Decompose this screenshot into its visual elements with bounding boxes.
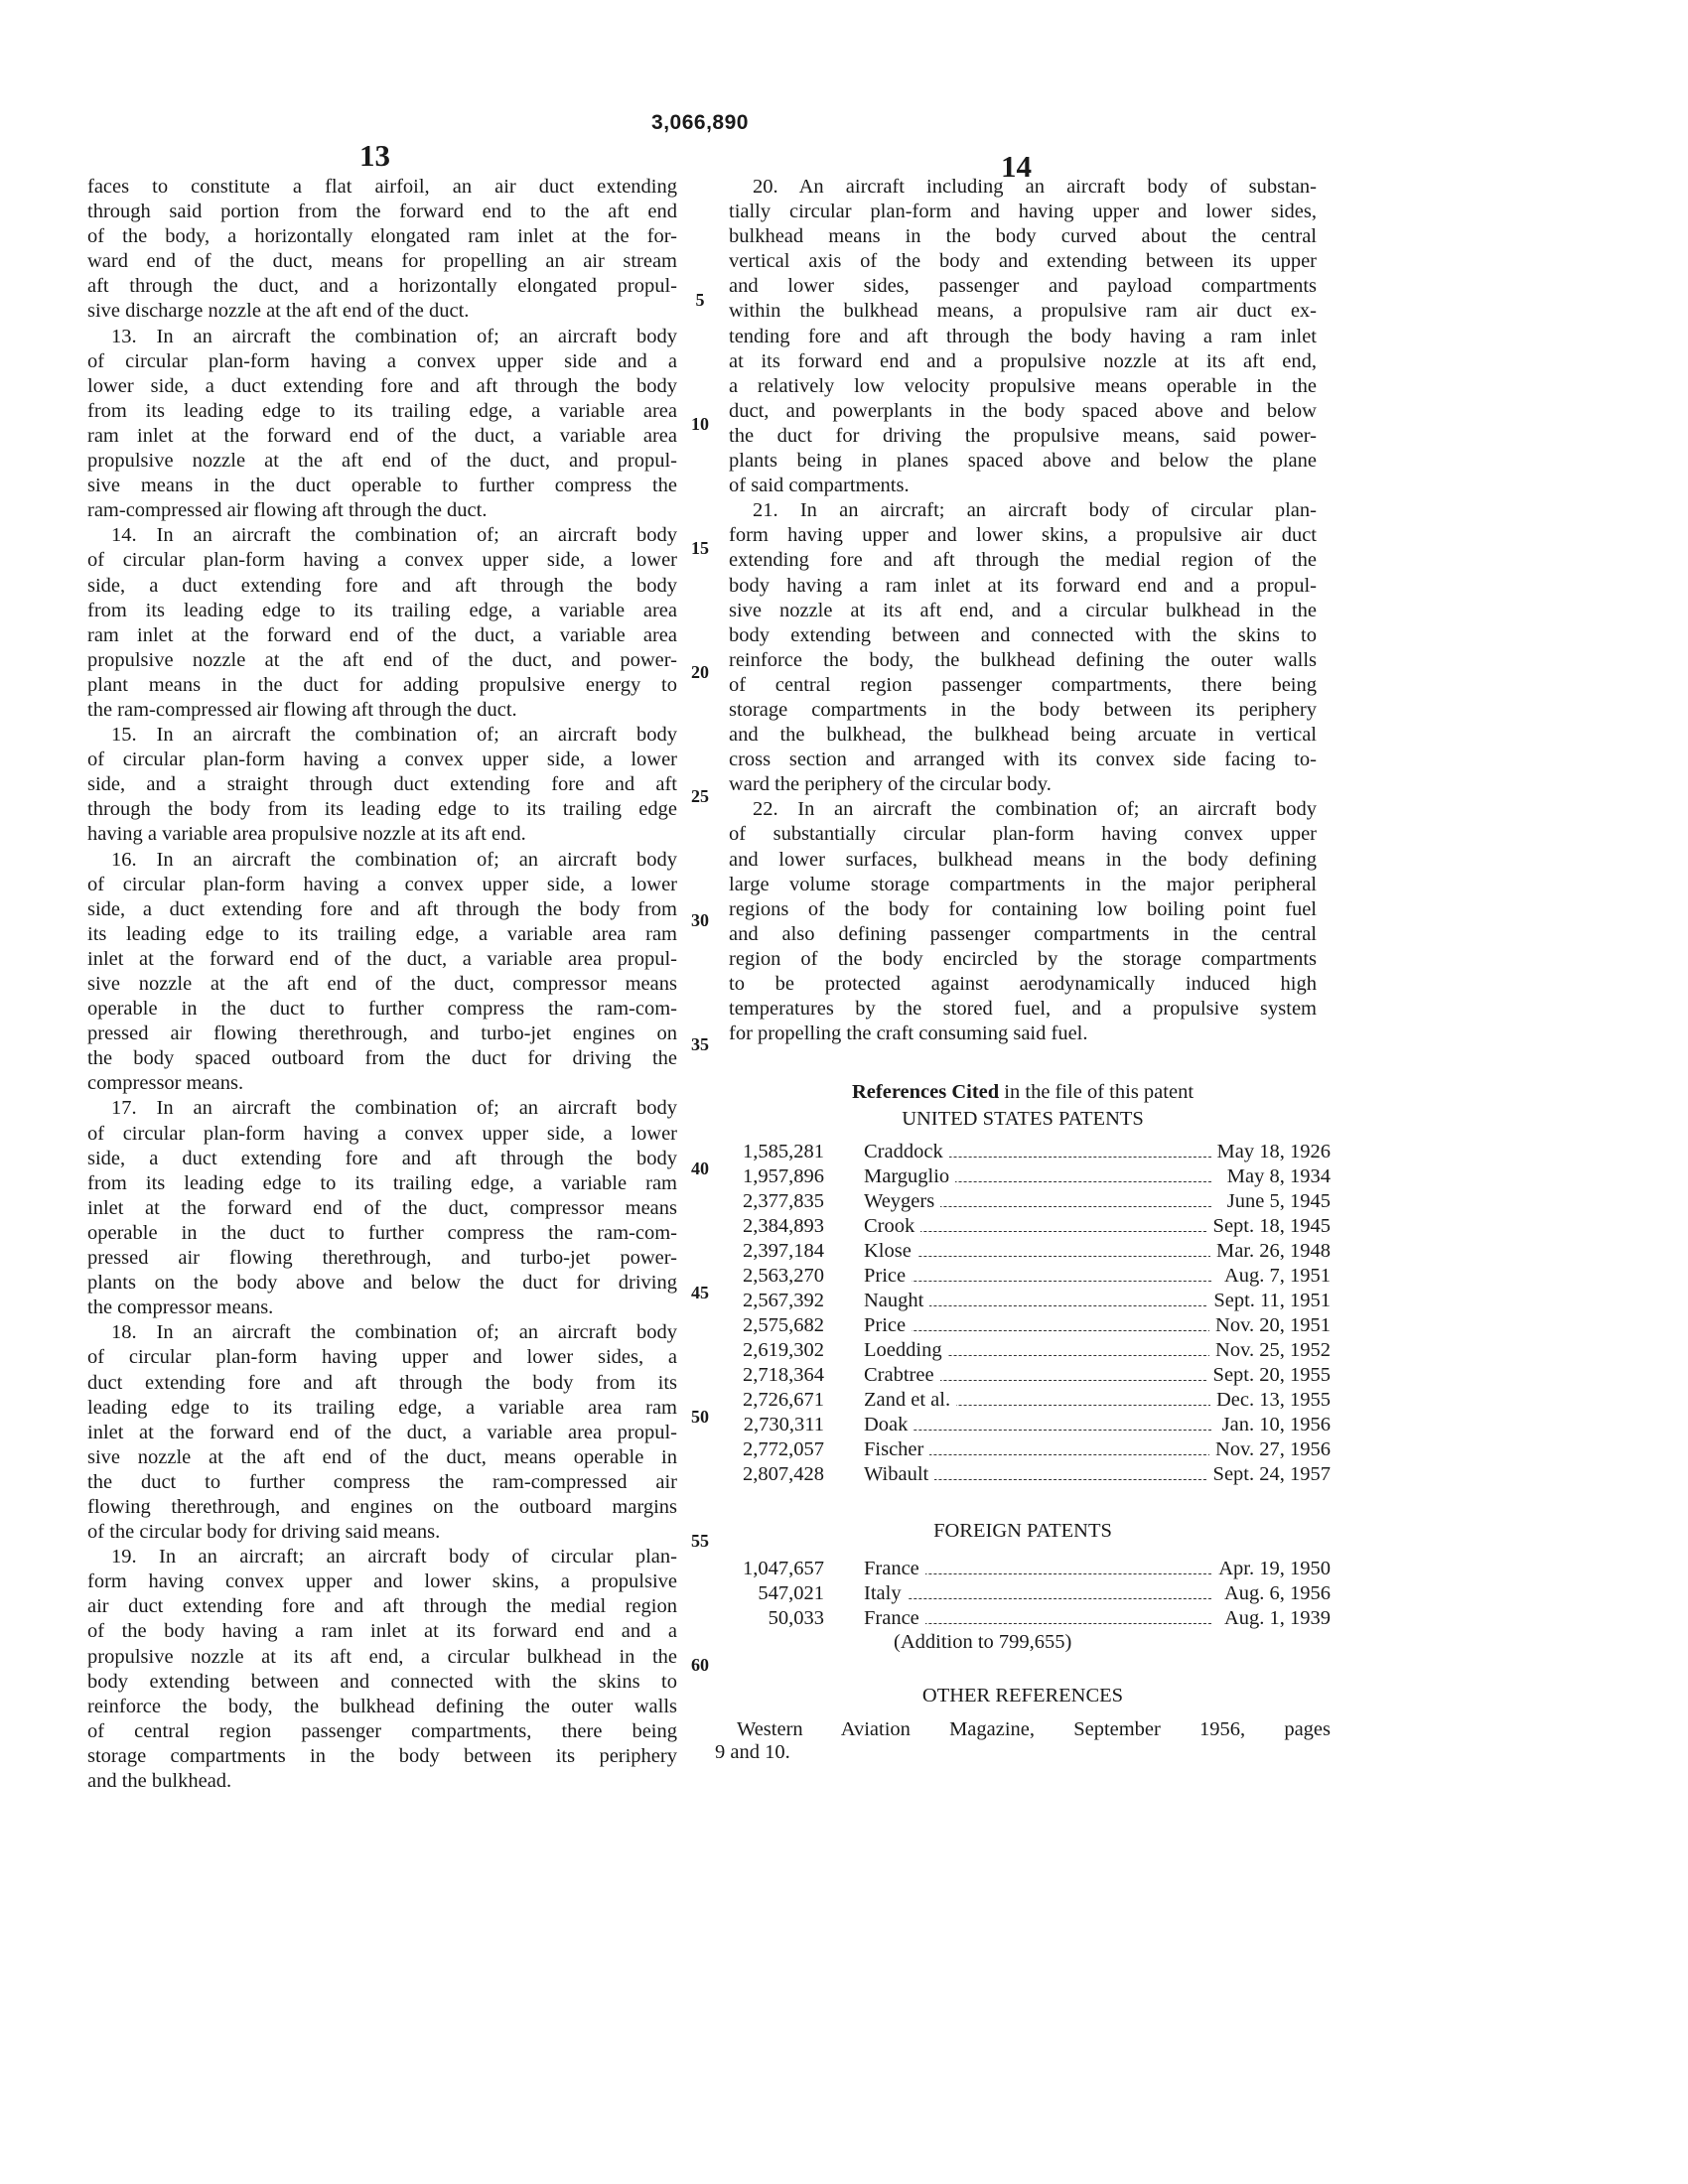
reference-date: June 5, 1945: [1221, 1189, 1331, 1214]
text-line: pressed air flowing therethrough, and tu…: [87, 1246, 677, 1271]
text-line: the body spaced outboard from the duct f…: [87, 1046, 677, 1071]
text-line: storage compartments in the body between…: [87, 1744, 677, 1769]
text-line: of central region passenger compartments…: [729, 673, 1317, 698]
reference-patent-number: 547,021: [705, 1581, 824, 1606]
text-line: of circular plan-form having a convex up…: [87, 748, 677, 772]
foreign-patent-note: (Addition to 799,655): [894, 1630, 1071, 1655]
text-line: 21. In an aircraft; an aircraft body of …: [729, 498, 1317, 523]
text-line: tially circular plan-form and having upp…: [729, 200, 1317, 224]
text-line: sive nozzle at the aft end of the duct, …: [87, 1445, 677, 1470]
text-line: sive discharge nozzle at the aft end of …: [87, 299, 677, 324]
reference-row: 2,772,057FischerNov. 27, 1956: [715, 1437, 1331, 1462]
text-line: of circular plan-form having a convex up…: [87, 873, 677, 897]
text-line: through said portion from the forward en…: [87, 200, 677, 224]
text-line: propulsive nozzle at the aft end of the …: [87, 648, 677, 673]
reference-row: 50,033FranceAug. 1, 1939: [715, 1606, 1331, 1631]
text-line: sive nozzle at its aft end, and a circul…: [729, 599, 1317, 623]
text-line: tending fore and aft through the body ha…: [729, 325, 1317, 349]
dotted-leader: [864, 1264, 1211, 1289]
patent-page: 3,066,890 13 14 faces to constitute a fl…: [0, 0, 1688, 2184]
text-line: storage compartments in the body between…: [729, 698, 1317, 723]
reference-row: 2,377,835WeygersJune 5, 1945: [715, 1189, 1331, 1214]
text-line: to be protected against aerodynamically …: [729, 972, 1317, 997]
reference-row: 2,619,302LoeddingNov. 25, 1952: [715, 1338, 1331, 1363]
line-number: 55: [685, 1529, 715, 1554]
foreign-patents-heading: FOREIGN PATENTS: [715, 1519, 1331, 1544]
text-line: 19. In an aircraft; an aircraft body of …: [87, 1545, 677, 1570]
reference-date: Nov. 25, 1952: [1209, 1338, 1331, 1363]
dotted-leader: [864, 1581, 1211, 1606]
text-line: ram inlet at the forward end of the duct…: [87, 424, 677, 449]
text-line: 20. An aircraft including an aircraft bo…: [729, 175, 1317, 200]
text-line: 13. In an aircraft the combination of; a…: [87, 325, 677, 349]
reference-name: Klose: [864, 1240, 917, 1262]
reference-date: Aug. 1, 1939: [1218, 1606, 1331, 1631]
text-line: bulkhead means in the body curved about …: [729, 224, 1317, 249]
reference-date: Apr. 19, 1950: [1212, 1557, 1331, 1581]
reference-row: 1,957,896MarguglioMay 8, 1934: [715, 1164, 1331, 1189]
reference-name: Craddock: [864, 1141, 949, 1162]
text-line: reinforce the body, the bulkhead definin…: [729, 648, 1317, 673]
references-cited-heading: References Cited in the file of this pat…: [715, 1080, 1331, 1105]
text-line: compressor means.: [87, 1071, 677, 1096]
reference-row: 2,718,364CrabtreeSept. 20, 1955: [715, 1363, 1331, 1388]
text-line: lower side, a duct extending fore and af…: [87, 374, 677, 399]
left-column-claims: faces to constitute a flat airfoil, an a…: [87, 175, 677, 1794]
text-line: pressed air flowing therethrough, and tu…: [87, 1022, 677, 1046]
reference-date: Aug. 7, 1951: [1218, 1264, 1331, 1289]
text-line: having a variable area propulsive nozzle…: [87, 822, 677, 847]
text-line: form having convex upper and lower skins…: [87, 1570, 677, 1594]
text-line: and the bulkhead, the bulkhead being arc…: [729, 723, 1317, 748]
reference-row: 547,021ItalyAug. 6, 1956: [715, 1581, 1331, 1606]
reference-date: Sept. 20, 1955: [1207, 1363, 1331, 1388]
text-line: 17. In an aircraft the combination of; a…: [87, 1096, 677, 1121]
text-line: side, a duct extending fore and aft thro…: [87, 574, 677, 599]
reference-name: Loedding: [864, 1339, 948, 1361]
reference-date: Sept. 18, 1945: [1207, 1214, 1331, 1239]
reference-patent-number: 2,718,364: [705, 1363, 824, 1388]
text-line: ward the periphery of the circular body.: [729, 772, 1317, 797]
reference-name: France: [864, 1558, 925, 1579]
reference-patent-number: 2,575,682: [705, 1313, 824, 1338]
text-line: its leading edge to its trailing edge, a…: [87, 922, 677, 947]
text-line: of central region passenger compartments…: [87, 1719, 677, 1744]
left-column-number: 13: [359, 140, 390, 171]
text-line: side, and a straight through duct extend…: [87, 772, 677, 797]
line-number: 25: [685, 784, 715, 809]
reference-patent-number: 2,730,311: [705, 1413, 824, 1437]
text-line: the ram-compressed air flowing aft throu…: [87, 698, 677, 723]
text-line: plants on the body above and below the d…: [87, 1271, 677, 1296]
text-line: body extending between and connected wit…: [87, 1670, 677, 1695]
line-number: 20: [685, 660, 715, 685]
text-line: inlet at the forward end of the duct, a …: [87, 1421, 677, 1445]
reference-name: Italy: [864, 1582, 908, 1604]
text-line: flowing therethrough, and engines on the…: [87, 1495, 677, 1520]
reference-name: Crook: [864, 1215, 920, 1237]
references-cited-bold: References Cited: [852, 1081, 999, 1103]
reference-row: 2,384,893CrookSept. 18, 1945: [715, 1214, 1331, 1239]
other-references-heading: OTHER REFERENCES: [715, 1684, 1331, 1708]
text-line: inlet at the forward end of the duct, co…: [87, 1196, 677, 1221]
reference-date: Sept. 11, 1951: [1207, 1289, 1331, 1313]
reference-patent-number: 2,397,184: [705, 1239, 824, 1264]
text-line: regions of the body for containing low b…: [729, 897, 1317, 922]
reference-patent-number: 2,563,270: [705, 1264, 824, 1289]
text-line: through the body from its leading edge t…: [87, 797, 677, 822]
text-line: ram-compressed air flowing aft through t…: [87, 498, 677, 523]
text-line: inlet at the forward end of the duct, a …: [87, 947, 677, 972]
text-line: large volume storage compartments in the…: [729, 873, 1317, 897]
reference-date: May 18, 1926: [1211, 1140, 1331, 1164]
reference-date: May 8, 1934: [1221, 1164, 1331, 1189]
reference-patent-number: 2,807,428: [705, 1462, 824, 1487]
text-line: the duct to further compress the ram-com…: [87, 1470, 677, 1495]
reference-patent-number: 1,585,281: [705, 1140, 824, 1164]
line-number: 60: [685, 1653, 715, 1678]
reference-patent-number: 2,567,392: [705, 1289, 824, 1313]
reference-patent-number: 1,957,896: [705, 1164, 824, 1189]
reference-name: Marguglio: [864, 1165, 955, 1187]
text-line: and the bulkhead.: [87, 1769, 677, 1794]
text-line: of the body, a horizontally elongated ra…: [87, 224, 677, 249]
text-line: 22. In an aircraft the combination of; a…: [729, 797, 1317, 822]
reference-row: 1,047,657FranceApr. 19, 1950: [715, 1557, 1331, 1581]
text-line: operable in the duct to further compress…: [87, 1221, 677, 1246]
reference-name: Wibault: [864, 1463, 934, 1485]
text-line: of circular plan-form having a convex up…: [87, 1122, 677, 1147]
reference-name: Weygers: [864, 1190, 940, 1212]
text-line: of the circular body for driving said me…: [87, 1520, 677, 1545]
reference-name: Zand et al.: [864, 1389, 956, 1411]
text-line: temperatures by the stored fuel, and a p…: [729, 997, 1317, 1022]
reference-date: Mar. 26, 1948: [1210, 1239, 1331, 1264]
reference-patent-number: 2,772,057: [705, 1437, 824, 1462]
text-line: of said compartments.: [729, 474, 1317, 498]
text-line: ram inlet at the forward end of the duct…: [87, 623, 677, 648]
us-patents-heading: UNITED STATES PATENTS: [715, 1107, 1331, 1132]
text-line: region of the body encircled by the stor…: [729, 947, 1317, 972]
text-line: leading edge to its trailing edge, a var…: [87, 1396, 677, 1421]
reference-patent-number: 1,047,657: [705, 1557, 824, 1581]
text-line: plant means in the duct for adding propu…: [87, 673, 677, 698]
text-line: propulsive nozzle at its aft end, a circ…: [87, 1645, 677, 1670]
text-line: side, a duct extending fore and aft thro…: [87, 1147, 677, 1171]
text-line: of circular plan-form having upper and l…: [87, 1345, 677, 1370]
text-line: and lower surfaces, bulkhead means in th…: [729, 848, 1317, 873]
text-line: of circular plan-form having a convex up…: [87, 548, 677, 573]
reference-date: Dec. 13, 1955: [1210, 1388, 1331, 1413]
text-line: from its leading edge to its trailing ed…: [87, 1171, 677, 1196]
text-line: body extending between and connected wit…: [729, 623, 1317, 648]
reference-name: Fischer: [864, 1438, 929, 1460]
line-number: 5: [685, 288, 715, 313]
text-line: for propelling the craft consuming said …: [729, 1022, 1317, 1046]
text-line: the compressor means.: [87, 1296, 677, 1320]
text-line: side, a duct extending fore and aft thro…: [87, 897, 677, 922]
other-reference-line-1: Western Aviation Magazine, September 195…: [715, 1717, 1331, 1742]
reference-date: Jan. 10, 1956: [1216, 1413, 1331, 1437]
text-line: propulsive nozzle at the aft end of the …: [87, 449, 677, 474]
references-cited-rest: in the file of this patent: [999, 1081, 1194, 1103]
reference-name: Price: [864, 1314, 912, 1336]
patent-number: 3,066,890: [635, 111, 765, 135]
reference-name: France: [864, 1607, 925, 1629]
dotted-leader: [864, 1313, 1211, 1338]
reference-date: Aug. 6, 1956: [1218, 1581, 1331, 1606]
text-line: plants being in planes spaced above and …: [729, 449, 1317, 474]
text-line: within the bulkhead means, a propulsive …: [729, 299, 1317, 324]
reference-date: Nov. 20, 1951: [1209, 1313, 1331, 1338]
text-line: body having a ram inlet at its forward e…: [729, 574, 1317, 599]
reference-name: Doak: [864, 1414, 914, 1435]
text-line: reinforce the body, the bulkhead definin…: [87, 1695, 677, 1719]
text-line: and also defining passenger compartments…: [729, 922, 1317, 947]
text-line: a relatively low velocity propulsive mea…: [729, 374, 1317, 399]
reference-patent-number: 50,033: [705, 1606, 824, 1631]
text-line: from its leading edge to its trailing ed…: [87, 599, 677, 623]
reference-row: 2,575,682PriceNov. 20, 1951: [715, 1313, 1331, 1338]
text-line: and lower sides, passenger and payload c…: [729, 274, 1317, 299]
text-line: 18. In an aircraft the combination of; a…: [87, 1320, 677, 1345]
text-line: air duct extending fore and aft through …: [87, 1594, 677, 1619]
text-line: the duct for driving the propulsive mean…: [729, 424, 1317, 449]
text-line: of substantially circular plan-form havi…: [729, 822, 1317, 847]
reference-patent-number: 2,726,671: [705, 1388, 824, 1413]
reference-date: Sept. 24, 1957: [1207, 1462, 1331, 1487]
reference-row: 2,726,671Zand et al.Dec. 13, 1955: [715, 1388, 1331, 1413]
dotted-leader: [864, 1413, 1211, 1437]
text-line: operable in the duct to further compress…: [87, 997, 677, 1022]
text-line: aft through the duct, and a horizontally…: [87, 274, 677, 299]
text-line: vertical axis of the body and extending …: [729, 249, 1317, 274]
text-line: duct, and powerplants in the body spaced…: [729, 399, 1317, 424]
text-line: from its leading edge to its trailing ed…: [87, 399, 677, 424]
reference-row: 2,397,184KloseMar. 26, 1948: [715, 1239, 1331, 1264]
reference-name: Price: [864, 1265, 912, 1287]
line-number: 10: [685, 412, 715, 437]
text-line: cross section and arranged with its conv…: [729, 748, 1317, 772]
reference-name: Crabtree: [864, 1364, 940, 1386]
line-number: 15: [685, 536, 715, 561]
right-column-claims: 20. An aircraft including an aircraft bo…: [729, 175, 1317, 1046]
reference-row: 2,563,270PriceAug. 7, 1951: [715, 1264, 1331, 1289]
reference-row: 2,567,392NaughtSept. 11, 1951: [715, 1289, 1331, 1313]
text-line: form having upper and lower skins, a pro…: [729, 523, 1317, 548]
text-line: 16. In an aircraft the combination of; a…: [87, 848, 677, 873]
reference-name: Naught: [864, 1290, 929, 1311]
reference-row: 2,807,428WibaultSept. 24, 1957: [715, 1462, 1331, 1487]
text-line: faces to constitute a flat airfoil, an a…: [87, 175, 677, 200]
text-line: of the body having a ram inlet at its fo…: [87, 1619, 677, 1644]
text-line: 15. In an aircraft the combination of; a…: [87, 723, 677, 748]
reference-patent-number: 2,619,302: [705, 1338, 824, 1363]
text-line: of circular plan-form having a convex up…: [87, 349, 677, 374]
reference-date: Nov. 27, 1956: [1209, 1437, 1331, 1462]
reference-row: 1,585,281CraddockMay 18, 1926: [715, 1140, 1331, 1164]
reference-patent-number: 2,377,835: [705, 1189, 824, 1214]
text-line: duct extending fore and aft through the …: [87, 1371, 677, 1396]
line-number: 30: [685, 908, 715, 933]
reference-row: 2,730,311DoakJan. 10, 1956: [715, 1413, 1331, 1437]
text-line: sive nozzle at the aft end of the duct, …: [87, 972, 677, 997]
text-line: 14. In an aircraft the combination of; a…: [87, 523, 677, 548]
text-line: sive means in the duct operable to furth…: [87, 474, 677, 498]
text-line: at its forward end and a propulsive nozz…: [729, 349, 1317, 374]
other-reference-line-2: 9 and 10.: [715, 1740, 1331, 1765]
line-number: 35: [685, 1032, 715, 1057]
text-line: extending fore and aft through the media…: [729, 548, 1317, 573]
reference-patent-number: 2,384,893: [705, 1214, 824, 1239]
text-line: ward end of the duct, means for propelli…: [87, 249, 677, 274]
